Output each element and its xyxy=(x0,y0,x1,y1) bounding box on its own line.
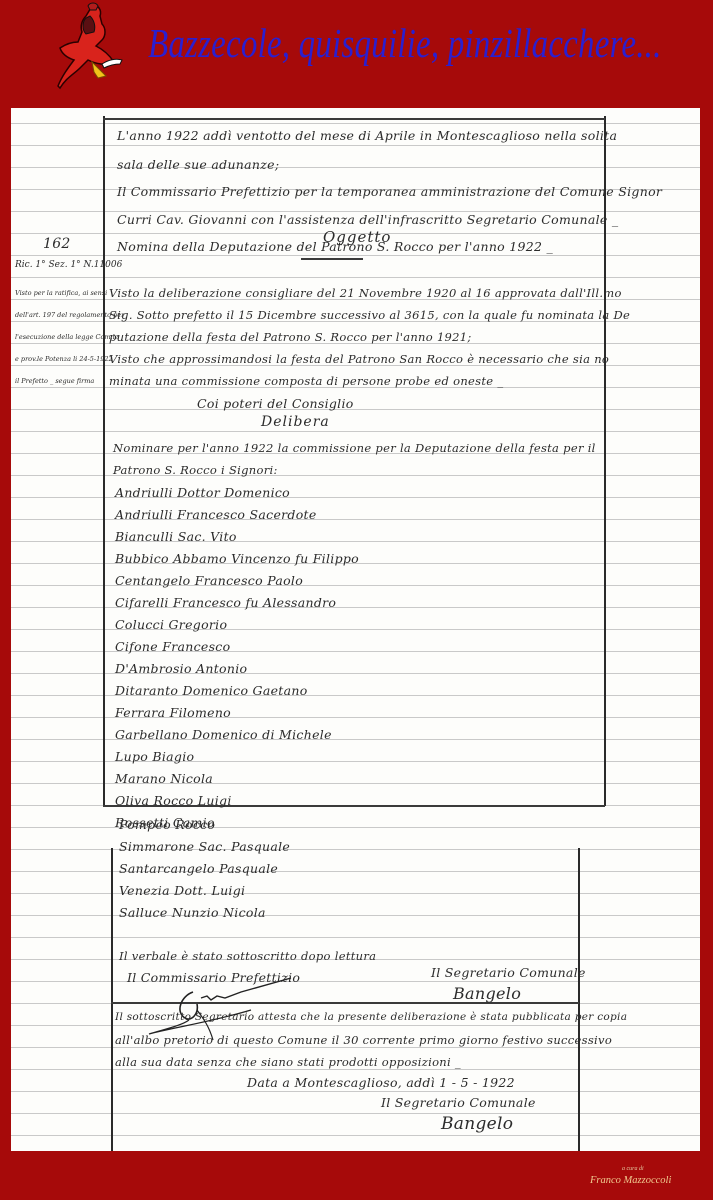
publication-line: Il sottoscritto Segretario attesta che l… xyxy=(115,1011,627,1023)
dancer-figure-icon xyxy=(36,2,140,92)
secretary-title: Il Segretario Comunale xyxy=(431,965,586,980)
ruled-line xyxy=(11,167,700,168)
subject-line: Nomina della Deputazione del Patrono S. … xyxy=(117,239,553,254)
member-name: Pompeo Rocco xyxy=(119,817,215,832)
lower-right-line xyxy=(578,848,580,1151)
body-line: Visto la deliberazione consigliare del 2… xyxy=(109,286,622,300)
ruled-line xyxy=(11,1047,700,1048)
margin-note: Ric. 1° Sez. 1° N.11006 xyxy=(15,260,122,270)
margin-divider xyxy=(103,116,105,806)
ruled-line xyxy=(11,1113,700,1114)
intro-line: Il Commissario Prefettizio per la tempor… xyxy=(117,184,662,199)
deliberation-heading: Delibera xyxy=(261,414,330,430)
ruled-line xyxy=(11,893,700,894)
ruled-line xyxy=(11,1135,700,1136)
member-name: Salluce Nunzio Nicola xyxy=(119,905,266,920)
ruled-line xyxy=(11,409,700,410)
ruled-line xyxy=(11,937,700,938)
final-signature: Bangelo xyxy=(441,1114,513,1134)
intro-line: Curri Cav. Giovanni con l'assistenza del… xyxy=(117,212,618,227)
publication-line: alla sua data senza che siano stati prod… xyxy=(115,1055,461,1069)
member-name: Colucci Gregorio xyxy=(115,617,227,632)
member-name: Venezia Dott. Luigi xyxy=(119,883,245,898)
intro-line: L'anno 1922 addì ventotto del mese di Ap… xyxy=(117,128,617,143)
ruled-line xyxy=(11,431,700,432)
secretary-signature: Bangelo xyxy=(453,984,521,1003)
margin-note: il Prefetto _ segue firma xyxy=(15,377,94,385)
member-name: Ferrara Filomeno xyxy=(115,705,231,720)
body-line: Sig. Sotto prefetto il 15 Dicembre succe… xyxy=(109,308,630,322)
ruled-line xyxy=(11,145,700,146)
member-name: Bianculli Sac. Vito xyxy=(115,529,237,544)
site-title: Bazzecole, quisquilie, pinzillacchere... xyxy=(148,22,662,68)
member-name: Simmarone Sac. Pasquale xyxy=(119,839,290,854)
member-name: Andriulli Dottor Domenico xyxy=(115,485,290,500)
ruled-line xyxy=(11,277,700,278)
final-secretary-title: Il Segretario Comunale xyxy=(381,1095,536,1110)
member-name: Oliva Rocco Luigi xyxy=(115,793,232,808)
ruled-line xyxy=(11,871,700,872)
top-border xyxy=(103,118,605,120)
member-name: Ditaranto Domenico Gaetano xyxy=(115,683,308,698)
ruled-line xyxy=(11,915,700,916)
date-line: Data a Montescaglioso, addì 1 - 5 - 1922 xyxy=(247,1075,515,1090)
member-name: Santarcangelo Pasquale xyxy=(119,861,278,876)
member-name: Centangelo Francesco Paolo xyxy=(115,573,303,588)
ruled-line xyxy=(11,1091,700,1092)
margin-note: e prov.le Potenza li 24-5-1922 xyxy=(15,355,113,363)
site-header: Bazzecole, quisquilie, pinzillacchere... xyxy=(0,0,713,108)
credit-name: Franco Mazzoccoli xyxy=(590,1175,671,1186)
subject-underline xyxy=(301,258,363,260)
credit-prefix: a cura di xyxy=(622,1166,644,1172)
ruled-line xyxy=(11,1069,700,1070)
ruled-line xyxy=(11,981,700,982)
resolution-line: Nominare per l'anno 1922 la commissione … xyxy=(113,441,596,455)
margin-note: dell'art. 197 del regolamento per xyxy=(15,311,124,319)
powers-line: Coi poteri del Consiglio xyxy=(197,396,354,411)
ruled-line xyxy=(11,849,700,850)
lower-margin-divider xyxy=(111,848,113,1151)
member-name: Cifarelli Francesco fu Alessandro xyxy=(115,595,336,610)
member-name: Andriulli Francesco Sacerdote xyxy=(115,507,317,522)
act-number: 162 xyxy=(43,236,71,252)
margin-note: l'esecuzione della legge Com.le xyxy=(15,333,119,341)
body-line: putazione della festa del Patrono S. Roc… xyxy=(109,330,472,344)
member-name: D'Ambrosio Antonio xyxy=(115,661,247,676)
closing-line: Il verbale è stato sottoscritto dopo let… xyxy=(119,949,376,963)
intro-line: sala delle sue adunanze; xyxy=(117,157,279,172)
member-name: Garbellano Domenico di Michele xyxy=(115,727,332,742)
publication-line: all'albo pretorio di questo Comune il 30… xyxy=(115,1033,612,1047)
member-name: Marano Nicola xyxy=(115,771,213,786)
resolution-line: Patrono S. Rocco i Signori: xyxy=(113,463,278,477)
margin-note: Visto per la ratifica, ai sensi xyxy=(15,289,107,297)
member-name: Lupo Biagio xyxy=(115,749,194,764)
ruled-line xyxy=(11,1025,700,1026)
ruled-line xyxy=(11,255,700,256)
scanned-ledger-page: L'anno 1922 addì ventotto del mese di Ap… xyxy=(11,108,700,1151)
member-name: Cifone Francesco xyxy=(115,639,230,654)
body-line: Visto che approssimandosi la festa del P… xyxy=(109,352,609,366)
member-name: Bubbico Abbamo Vincenzo fu Filippo xyxy=(115,551,359,566)
body-line: minata una commissione composta di perso… xyxy=(109,374,503,388)
ruled-line xyxy=(11,123,700,124)
